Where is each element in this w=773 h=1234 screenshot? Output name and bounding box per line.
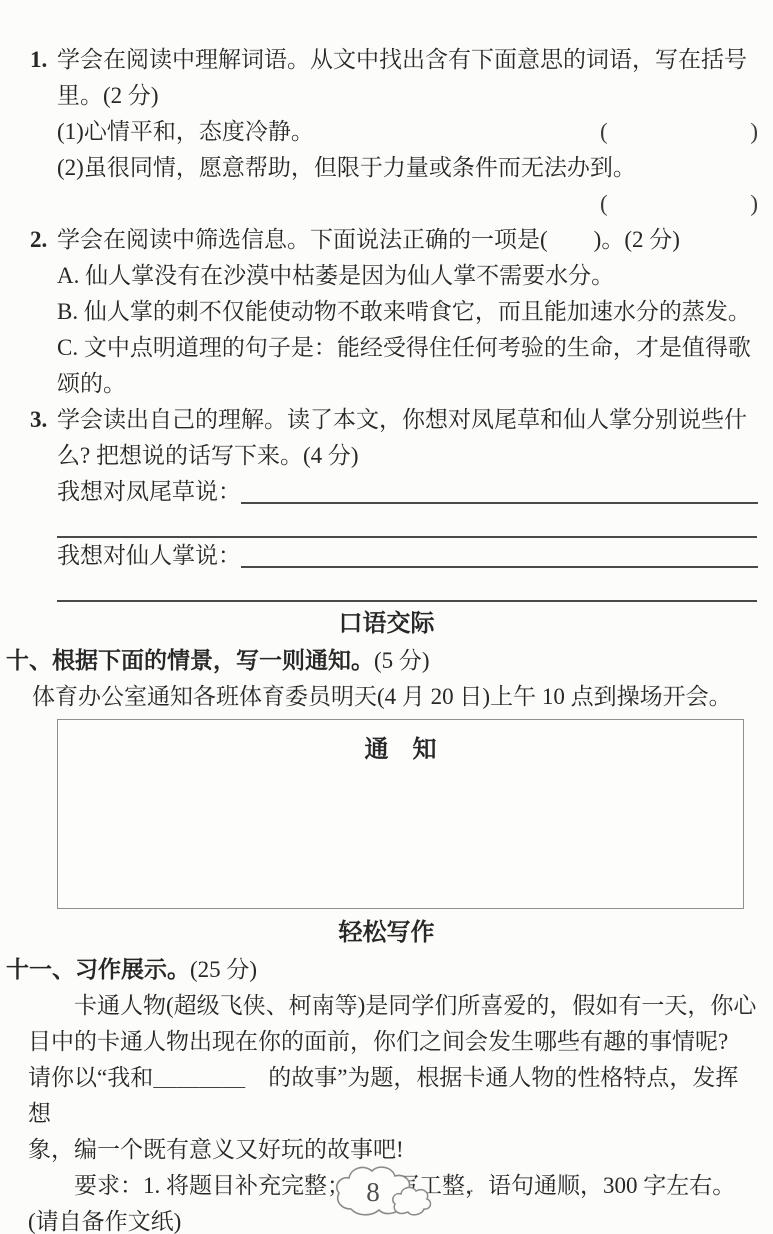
question-1-number: 1. bbox=[30, 42, 57, 114]
paren-close: ) bbox=[750, 114, 758, 150]
question-2-option-b: B. 仙人掌的刺不仅能使动物不敢来啃食它，而且能加速水分的蒸发。 bbox=[0, 294, 773, 330]
question-11-number: 十一、 bbox=[6, 956, 75, 982]
cloud-page-ornament: 8 bbox=[331, 1162, 443, 1220]
answer-paren-slot: ( ) bbox=[600, 114, 758, 150]
question-3-number: 3. bbox=[30, 402, 57, 474]
question-2: 2. 学会在阅读中筛选信息。下面说法正确的一项是( )。(2 分) bbox=[0, 222, 773, 258]
question-10-number: 十、 bbox=[6, 647, 52, 673]
question-11-score: (25 分) bbox=[190, 957, 257, 982]
question-1-item-2-answer-row: ( ) bbox=[0, 186, 773, 222]
notice-box-title: 通 知 bbox=[58, 732, 743, 768]
answer-blank-line bbox=[241, 538, 758, 568]
question-1-item-2: (2)虽很同情，愿意帮助，但限于力量或条件而无法办到。 bbox=[0, 150, 773, 186]
paren-open: ( bbox=[600, 186, 608, 222]
question-2-text: 学会在阅读中筛选信息。下面说法正确的一项是( )。(2 分) bbox=[57, 222, 758, 258]
prompt-fengweicao-label: 我想对凤尾草说： bbox=[57, 474, 241, 510]
question-10-title: 十、根据下面的情景，写一则通知。 bbox=[6, 647, 374, 673]
notice-answer-box: 通 知 bbox=[57, 719, 744, 909]
question-2-number: 2. bbox=[30, 222, 57, 258]
question-3-prompt-1: 我想对凤尾草说： bbox=[0, 474, 773, 510]
answer-blank-line bbox=[241, 474, 758, 504]
writing-section-heading: 轻松写作 bbox=[0, 915, 773, 951]
question-10-score: (5 分) bbox=[374, 648, 430, 673]
question-1-item-1-text: (1)心情平和，态度冷静。 bbox=[57, 114, 314, 150]
prompt-xianrenzhang-label: 我想对仙人掌说： bbox=[57, 538, 241, 574]
paren-open: ( bbox=[600, 114, 608, 150]
answer-blank-line bbox=[57, 510, 757, 538]
reading-questions-section: 1. 学会在阅读中理解词语。从文中找出含有下面意思的词语，写在括号 里。(2 分… bbox=[0, 42, 773, 602]
question-10: 十、根据下面的情景，写一则通知。(5 分) bbox=[0, 642, 773, 679]
oral-section-heading: 口语交际 bbox=[0, 606, 773, 642]
oral-communication-section: 口语交际 十、根据下面的情景，写一则通知。(5 分) 体育办公室通知各班体育委员… bbox=[0, 606, 773, 909]
question-1-item-1: (1)心情平和，态度冷静。 ( ) bbox=[0, 114, 773, 150]
question-11: 十一、习作展示。(25 分) bbox=[0, 951, 773, 988]
question-11-title: 十一、习作展示。 bbox=[6, 956, 190, 982]
question-3: 3. 学会读出自己的理解。读了本文，你想对凤尾草和仙人掌分别说些什 么? 把想说… bbox=[0, 402, 773, 474]
question-3-prompt-2: 我想对仙人掌说： bbox=[0, 538, 773, 574]
paren-close: ) bbox=[750, 186, 758, 222]
answer-paren-slot: ( ) bbox=[600, 186, 758, 222]
exam-page: 1. 学会在阅读中理解词语。从文中找出含有下面意思的词语，写在括号 里。(2 分… bbox=[0, 0, 773, 1234]
question-1: 1. 学会在阅读中理解词语。从文中找出含有下面意思的词语，写在括号 里。(2 分… bbox=[0, 42, 773, 114]
question-1-text: 学会在阅读中理解词语。从文中找出含有下面意思的词语，写在括号 里。(2 分) bbox=[57, 42, 758, 114]
question-10-scenario: 体育办公室通知各班体育委员明天(4 月 20 日)上午 10 点到操场开会。 bbox=[0, 679, 773, 715]
question-2-option-a: A. 仙人掌没有在沙漠中枯萎是因为仙人掌不需要水分。 bbox=[0, 258, 773, 294]
question-3-text: 学会读出自己的理解。读了本文，你想对凤尾草和仙人掌分别说些什 么? 把想说的话写… bbox=[57, 402, 758, 474]
footer-dots-right: ··· bbox=[449, 1182, 479, 1200]
answer-blank-line bbox=[57, 574, 757, 602]
question-2-option-c: C. 文中点明道理的句子是：能经受得住任何考验的生命，才是值得歌颂的。 bbox=[0, 330, 773, 402]
footer-dots-left: ··· bbox=[295, 1182, 325, 1200]
page-number: 8 bbox=[366, 1177, 380, 1207]
page-footer: ··· 8 ··· bbox=[0, 1162, 773, 1220]
question-1-item-2-text: (2)虽很同情，愿意帮助，但限于力量或条件而无法办到。 bbox=[57, 155, 636, 180]
